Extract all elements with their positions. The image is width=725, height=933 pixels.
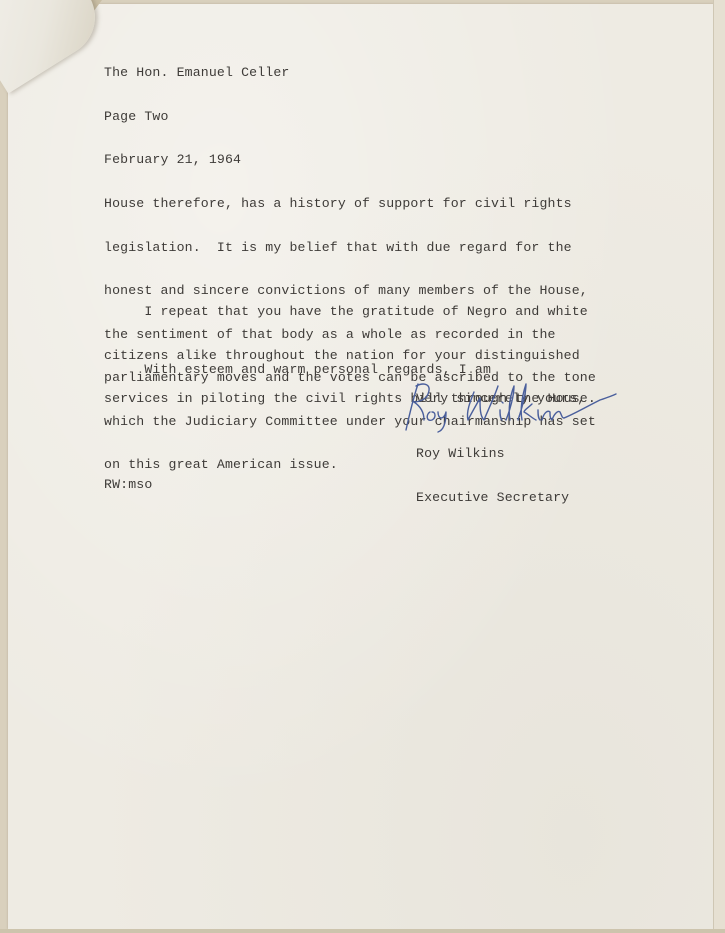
recipient-line: The Hon. Emanuel Celler [104, 66, 289, 81]
signer-title: Executive Secretary [416, 491, 569, 506]
page-edge-right [713, 0, 725, 933]
letter-header: The Hon. Emanuel Celler Page Two Februar… [104, 37, 289, 182]
signature-block: Roy Wilkins Executive Secretary [416, 418, 569, 520]
body-line: I repeat that you have the gratitude of … [104, 305, 596, 320]
page-number-line: Page Two [104, 110, 289, 125]
reference-initials: RW:mso [104, 449, 152, 507]
signer-name: Roy Wilkins [416, 447, 569, 462]
reference-initials-line: RW:mso [104, 478, 152, 493]
body-line: House therefore, has a history of suppor… [104, 197, 596, 212]
date-line: February 21, 1964 [104, 153, 289, 168]
stamp-seal-icon [0, 0, 1, 36]
body-line: legislation. It is my belief that with d… [104, 241, 596, 256]
page-edge-bottom [0, 929, 725, 933]
